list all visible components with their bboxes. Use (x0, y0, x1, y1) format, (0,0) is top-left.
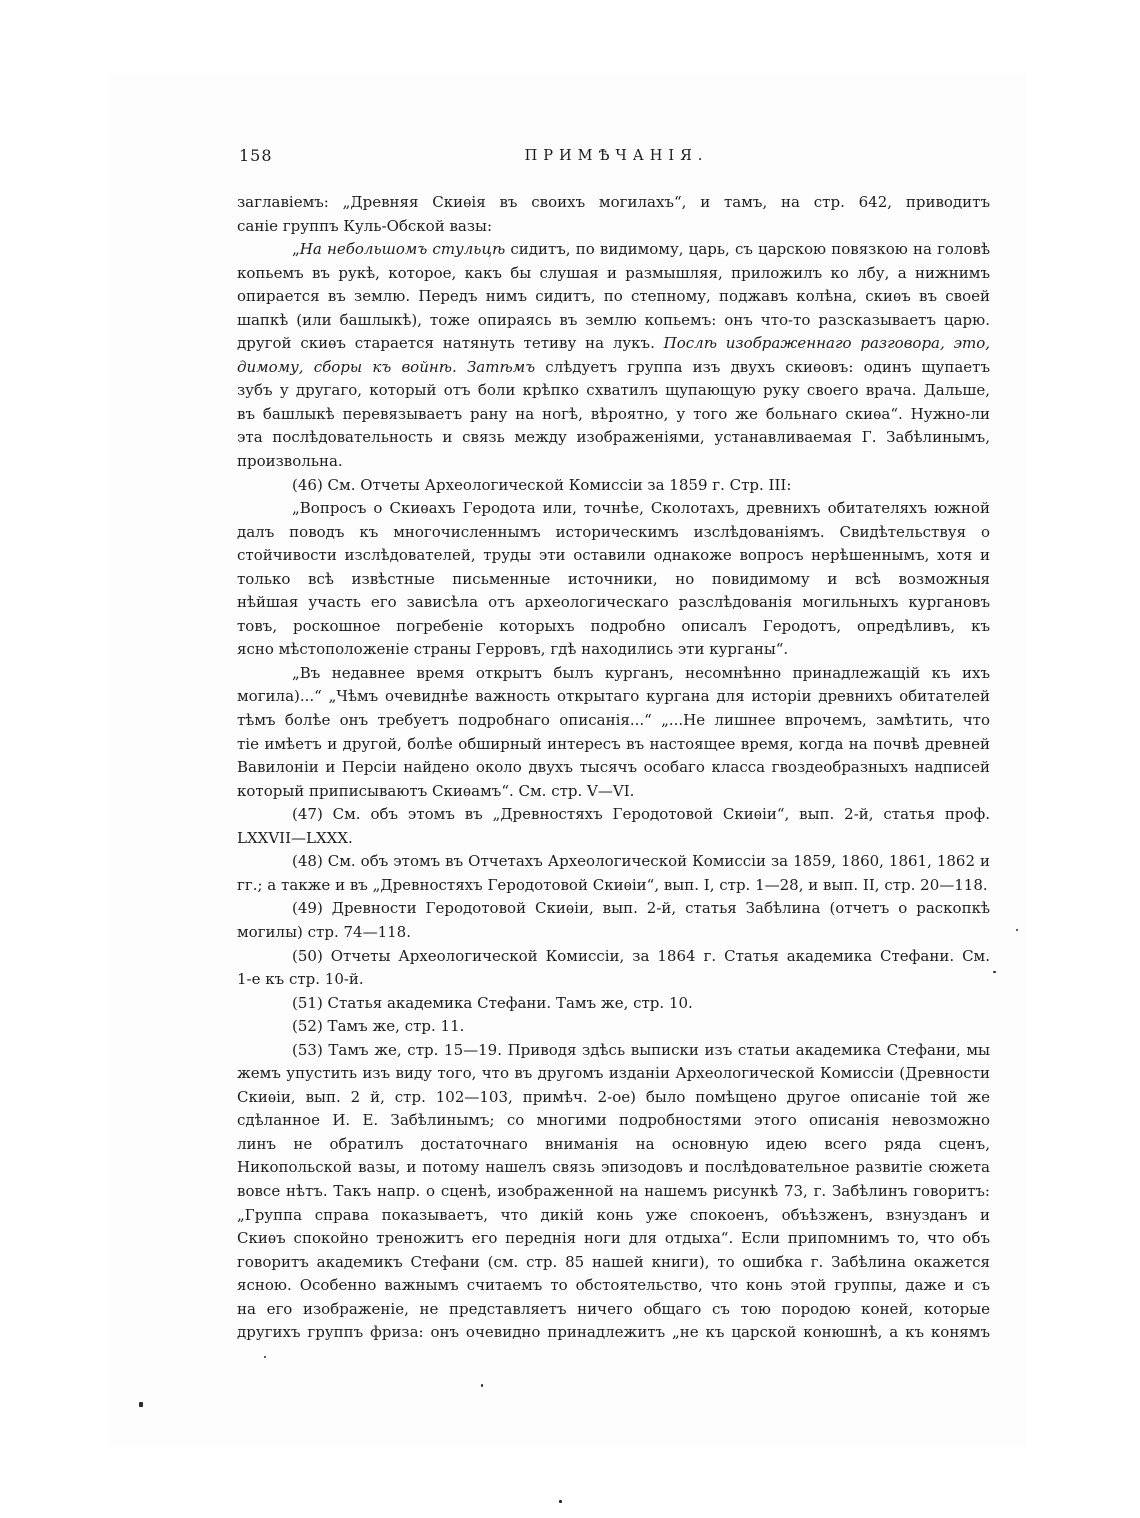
text-line: другихъ группъ фриза: онъ очевидно прина… (237, 1321, 990, 1345)
text-line: далъ поводъ къ многочисленнымъ историчес… (237, 521, 990, 545)
ink-speck (139, 1402, 143, 1407)
text-line: гг.; а также и въ „Древностяхъ Геродотов… (237, 874, 990, 898)
text-line: который приписываютъ Скиѳамъ“. См. стр. … (237, 780, 990, 804)
text-line: линъ не обратилъ достаточнаго вниманія н… (237, 1133, 990, 1157)
page-header: 158 ПРИМѢЧАНІЯ. (237, 146, 990, 168)
text-line: зубъ у другаго, который отъ боли крѣпко … (237, 379, 990, 403)
text-line: 1-е къ стр. 10-й. (237, 968, 990, 992)
text-line: произвольна. (237, 450, 990, 474)
text-line: (52) Тамъ же, стр. 11. (237, 1015, 990, 1039)
text-line: заглавіемъ: „Древняя Скиѳія въ своихъ мо… (237, 191, 990, 215)
text-line: тіе имѣетъ и другой, болѣе обширный инте… (237, 733, 990, 757)
text-line: шапкѣ (или башлыкѣ), тоже опираясь въ зе… (237, 309, 990, 333)
text-line: (47) См. объ этомъ въ „Древностяхъ Герод… (237, 803, 990, 827)
text-line: (49) Древности Геродотовой Скиѳіи, вып. … (237, 897, 990, 921)
text-line: опирается въ землю. Передъ нимъ сидитъ, … (237, 285, 990, 309)
text-line: другой скиѳъ старается натянуть тетиву н… (237, 332, 990, 356)
text-line: „Вопросъ о Скиѳахъ Геродота или, точнѣе,… (237, 497, 990, 521)
text-line: (46) См. Отчеты Археологической Комиссіи… (237, 474, 990, 498)
text-line: только всѣ извѣстные письменные источник… (237, 568, 990, 592)
text-line: Никопольской вазы, и потому нашелъ связь… (237, 1156, 990, 1180)
text-line: копьемъ въ рукѣ, которое, какъ бы слушая… (237, 262, 990, 286)
text-line: (50) Отчеты Археологической Комиссіи, за… (237, 945, 990, 969)
text-line: товъ, роскошное погребеніе которыхъ подр… (237, 615, 990, 639)
text-line: саніе группъ Куль-Обской вазы: (237, 215, 990, 239)
text-block: заглавіемъ: „Древняя Скиѳія въ своихъ мо… (237, 191, 990, 1345)
text-line: Скиѳіи, вып. 2 й, стр. 102—103, примѣч. … (237, 1086, 990, 1110)
text-line: нѣйшая участь его зависѣла отъ археологи… (237, 591, 990, 615)
text-line: (51) Статья академика Стефани. Тамъ же, … (237, 992, 990, 1016)
text-line: сдѣланное И. Е. Забѣлинымъ; со многими п… (237, 1109, 990, 1133)
scanned-book-page: { "colors": { "ink": "#1c1c1c", "paper":… (0, 0, 1140, 1518)
text-line: вовсе нѣтъ. Такъ напр. о сценѣ, изображе… (237, 1180, 990, 1204)
text-line: могилы) стр. 74—118. (237, 921, 990, 945)
text-line: Скиѳъ спокойно треножитъ его переднія но… (237, 1227, 990, 1251)
ink-speck (993, 971, 996, 973)
ink-speck (1016, 929, 1018, 931)
text-line: говоритъ академикъ Стефани (см. стр. 85 … (237, 1251, 990, 1275)
text-line: LXXVII—LXXX. (237, 827, 990, 851)
text-line: могила)...“ „Чѣмъ очевиднѣе важность отк… (237, 685, 990, 709)
ink-speck (559, 1500, 562, 1503)
ink-speck (264, 1356, 266, 1358)
ink-speck (481, 1384, 483, 1387)
text-line: стойчивости изслѣдователей, труды эти ос… (237, 544, 990, 568)
text-line: (53) Тамъ же, стр. 15—19. Приводя здѣсь … (237, 1039, 990, 1063)
text-line: ясно мѣстоположеніе страны Герровъ, гдѣ … (237, 638, 990, 662)
text-line: на его изображеніе, не представляетъ нич… (237, 1298, 990, 1322)
text-line: ясною. Особенно важнымъ считаемъ то обст… (237, 1274, 990, 1298)
page-header-title: ПРИМѢЧАНІЯ. (237, 148, 990, 164)
text-line: „Въ недавнее время открытъ былъ курганъ,… (237, 662, 990, 686)
text-line: Вавилоніи и Персіи найдено около двухъ т… (237, 756, 990, 780)
text-line: димому, сборы къ войнѣ. Затѣмъ слѣдуетъ … (237, 356, 990, 380)
text-line: „На небольшомъ стульцѣ сидитъ, по видимо… (237, 238, 990, 262)
text-line: въ башлыкѣ перевязываетъ рану на ногѣ, в… (237, 403, 990, 427)
text-line: (48) См. объ этомъ въ Отчетахъ Археологи… (237, 850, 990, 874)
text-line: эта послѣдовательность и связь между изо… (237, 426, 990, 450)
text-line: тѣмъ болѣе онъ требуетъ подробнаго описа… (237, 709, 990, 733)
text-line: „Группа справа показываетъ, что дикій ко… (237, 1204, 990, 1228)
text-line: жемъ упустить изъ виду того, что въ друг… (237, 1062, 990, 1086)
